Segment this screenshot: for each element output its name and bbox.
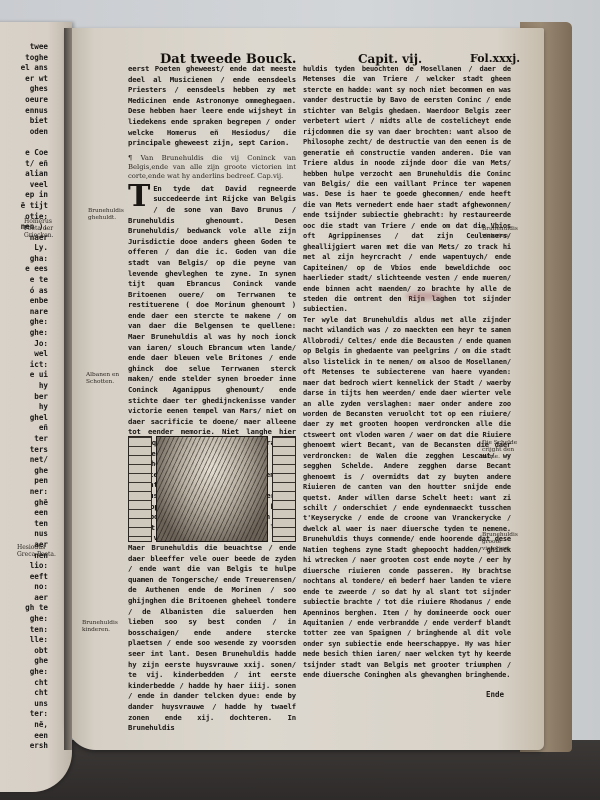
margin-note-victorien: Brunehuldis victorien. <box>482 226 518 240</box>
text-column-right: huldis tyden beuochten de Mosellanen / d… <box>303 64 511 681</box>
margin-note-schelde: Die Schelde crijght den name. <box>482 440 518 461</box>
ink-stain <box>405 292 445 300</box>
woodcut-illustration <box>128 436 296 540</box>
battle-scene-woodcut-image <box>156 436 268 542</box>
margin-note-groote-victorien: Brunehuldis groote victorien. <box>482 532 518 553</box>
right-column-text: huldis tyden beuochten de Mosellanen / d… <box>303 64 511 681</box>
ornamental-border-left <box>128 436 152 542</box>
drop-cap-initial: T <box>128 184 150 210</box>
catchword: Ende <box>486 690 504 699</box>
left-page: twee toghe el ans er wt ghes oeure ennus… <box>0 22 72 792</box>
chapter-heading: ¶ Van Brunehuldis die vij Coninck van Be… <box>128 154 296 181</box>
text-column-left-continued: Maer Brunehuldis die beuachtse / ende da… <box>128 543 296 734</box>
book-gutter <box>64 28 72 750</box>
margin-note-hesiodus: Hesiodus Greca Poeta. <box>17 544 61 558</box>
ornamental-border-right <box>272 436 296 542</box>
margin-note-kinderen: Brunehuldis kinderen. <box>82 620 122 634</box>
left-page-text-fragments: twee toghe el ans er wt ghes oeure ennus… <box>0 42 48 752</box>
paragraph-after-woodcut: Maer Brunehuldis die beuachtse / ende da… <box>128 543 296 734</box>
paragraph-poets: eerst Poeten gheweest/ ende dat meeste d… <box>128 64 296 149</box>
margin-note-albanen: Albanen en Schotten. <box>86 372 124 386</box>
margin-note-brunehuldis-ghehuldt: Brunehuldis ghehuldt. <box>88 208 126 222</box>
margin-note-homerus: Homerus Poeta der Griecken. <box>24 218 68 239</box>
